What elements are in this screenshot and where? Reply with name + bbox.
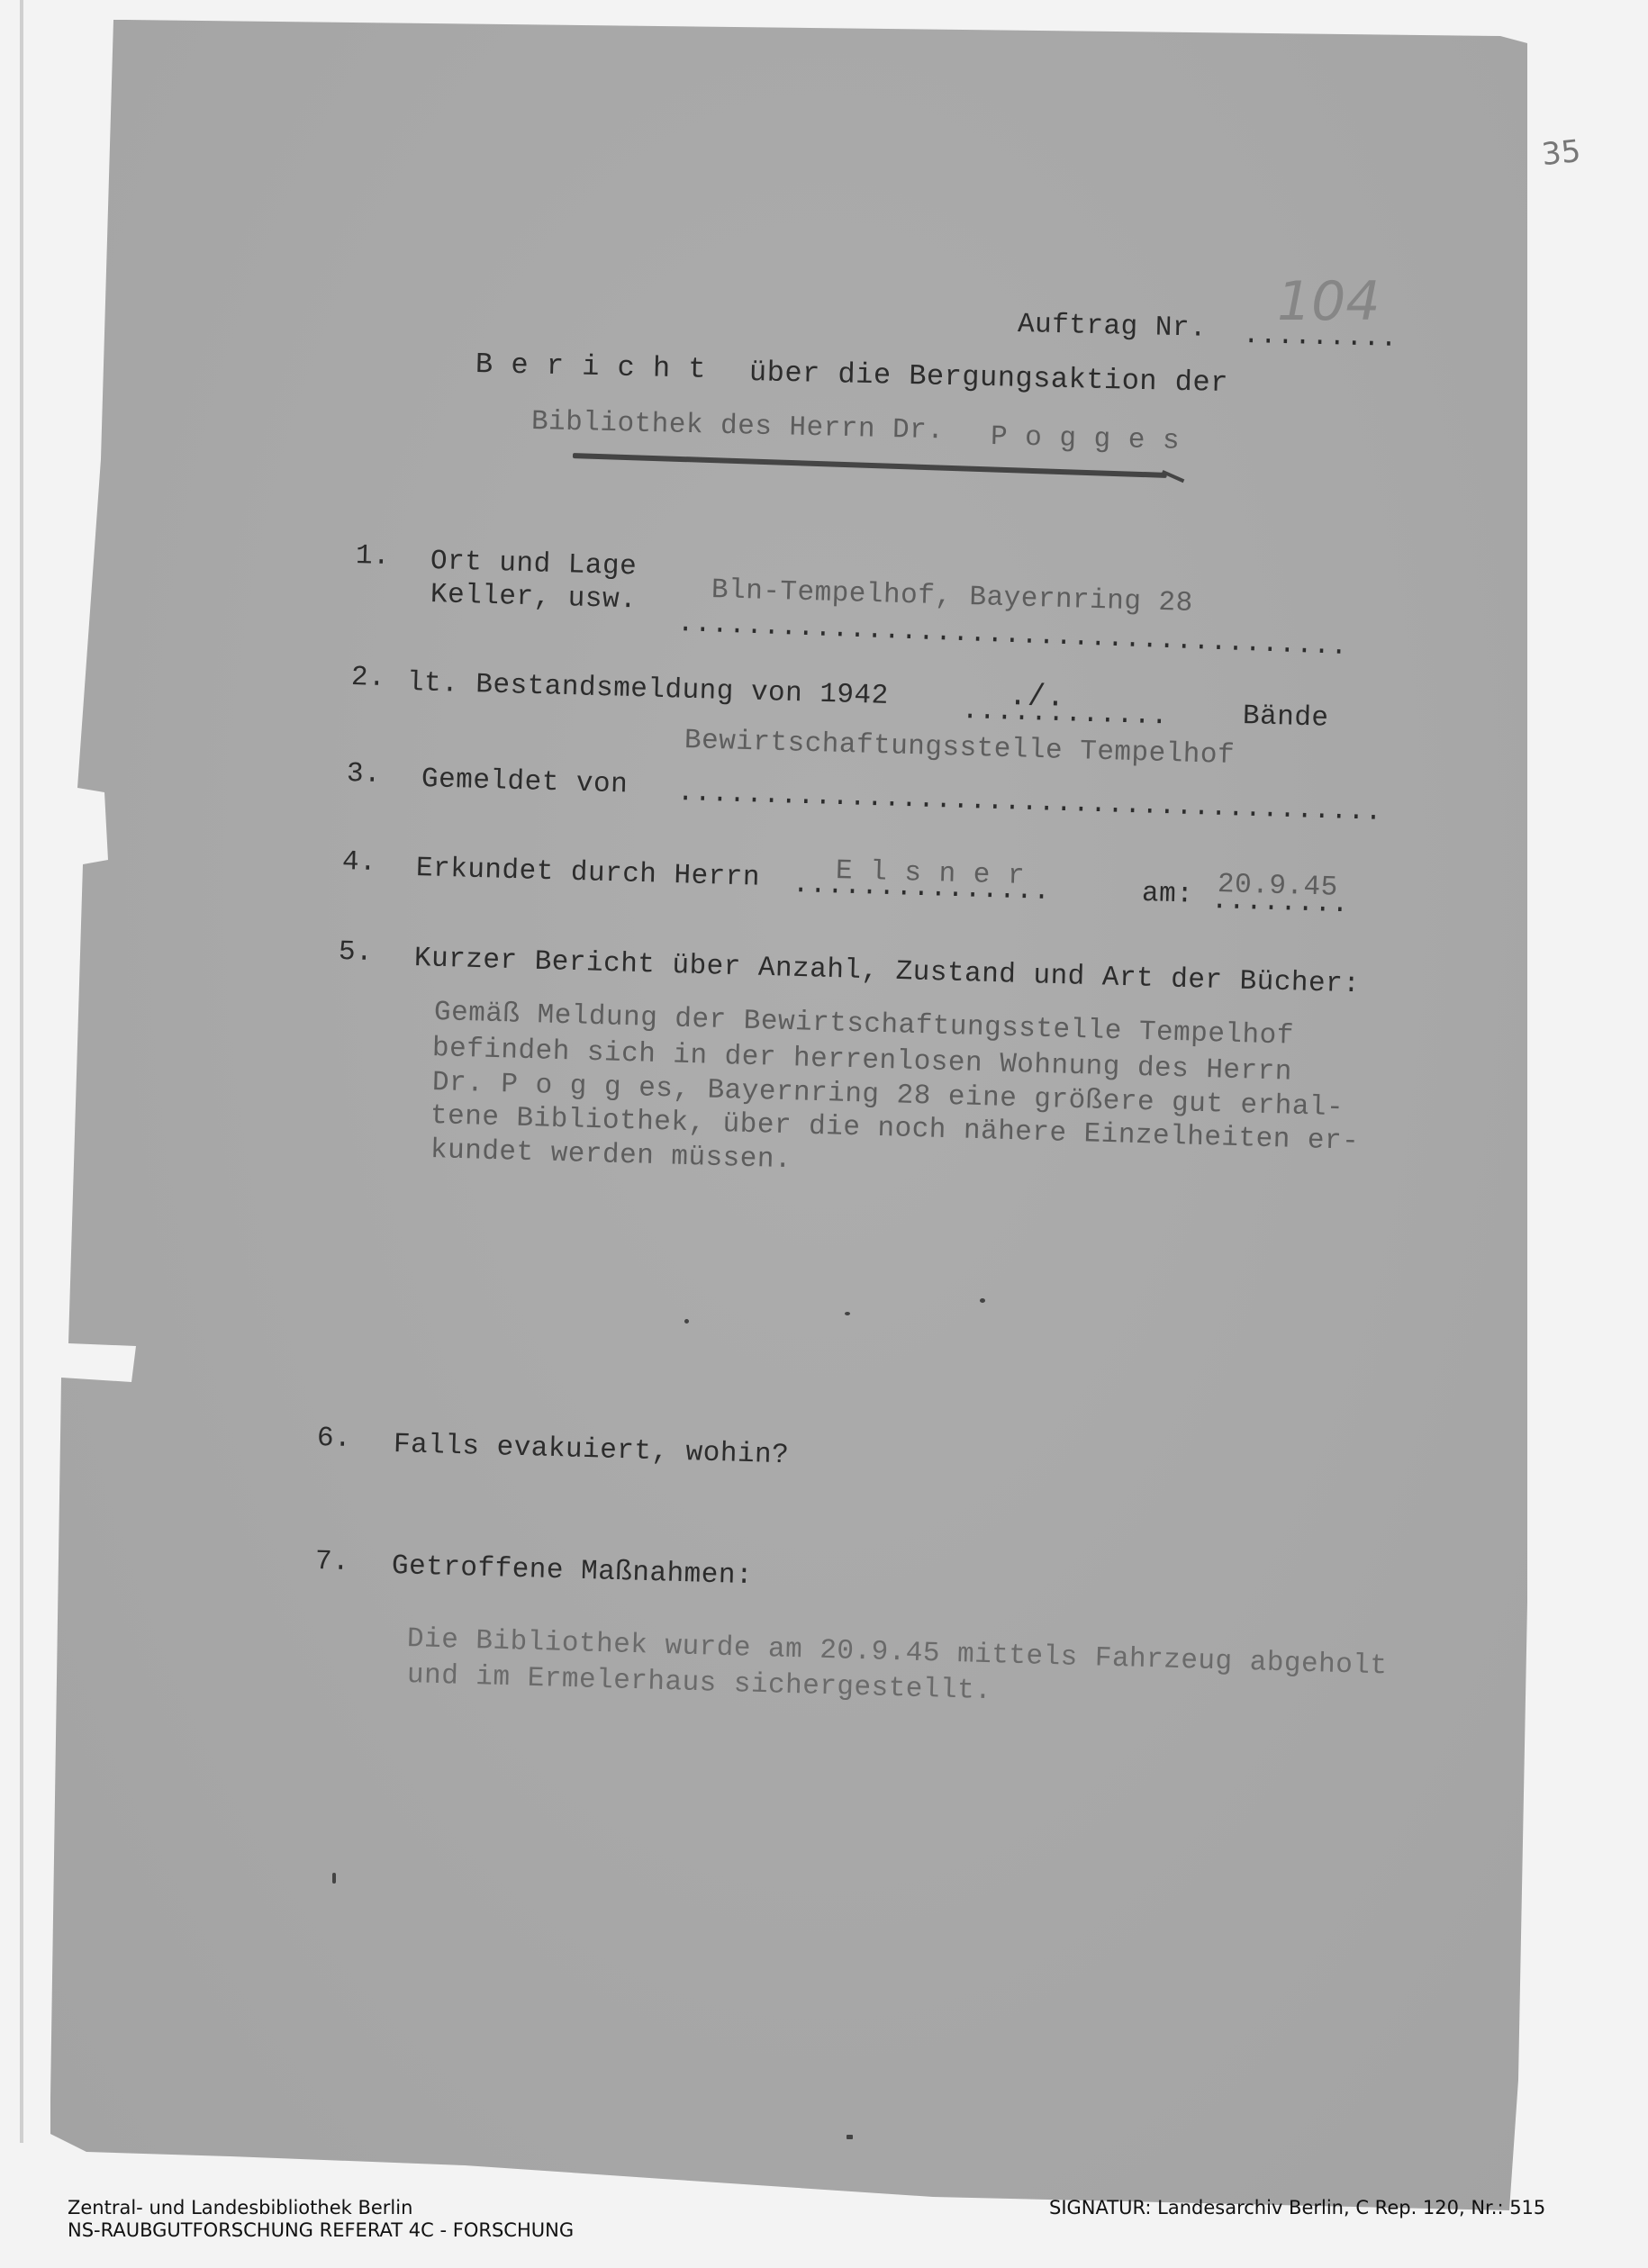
item-3-label: Gemeldet von bbox=[421, 764, 629, 800]
order-label: Auftrag Nr. bbox=[1018, 309, 1208, 345]
item-2-dots: ............ bbox=[962, 695, 1169, 732]
paper-speck bbox=[684, 1319, 689, 1324]
item-1-label-line2: Keller, usw. bbox=[430, 579, 638, 616]
item-3-number: 3. bbox=[347, 758, 382, 791]
folio-number: 35 bbox=[1540, 133, 1582, 173]
item-2-number: 2. bbox=[351, 662, 386, 694]
item-4-date-dots: ........ bbox=[1211, 885, 1350, 920]
item-1-label-line1: Ort und Lage bbox=[430, 546, 638, 583]
footer-department: NS-RAUBGUTFORSCHUNG REFERAT 4C - FORSCHU… bbox=[68, 2219, 574, 2242]
item-7-number: 7. bbox=[315, 1546, 350, 1578]
order-number-handwritten: 104 bbox=[1277, 270, 1381, 333]
item-4-number: 4. bbox=[342, 846, 377, 879]
paper-speck bbox=[332, 1873, 336, 1884]
item-5-number: 5. bbox=[339, 936, 374, 969]
footer-signature: SIGNATUR: Landesarchiv Berlin, C Rep. 12… bbox=[1049, 2197, 1545, 2219]
item-1-number: 1. bbox=[356, 540, 391, 573]
paper-speck bbox=[847, 2135, 853, 2139]
footer-left: Zentral- und Landesbibliothek Berlin NS-… bbox=[68, 2197, 574, 2242]
item-6-number: 6. bbox=[317, 1423, 352, 1455]
footer-institution: Zentral- und Landesbibliothek Berlin bbox=[68, 2197, 574, 2219]
paper-speck bbox=[980, 1298, 985, 1303]
title-owner-name: P o g g e s bbox=[991, 421, 1181, 457]
item-4-date-label: am: bbox=[1142, 878, 1194, 911]
item-2-suffix: Bände bbox=[1243, 700, 1329, 735]
binder-edge bbox=[20, 0, 23, 2143]
title-bericht: B e r i c h t bbox=[475, 348, 707, 386]
paper-speck bbox=[845, 1312, 850, 1315]
